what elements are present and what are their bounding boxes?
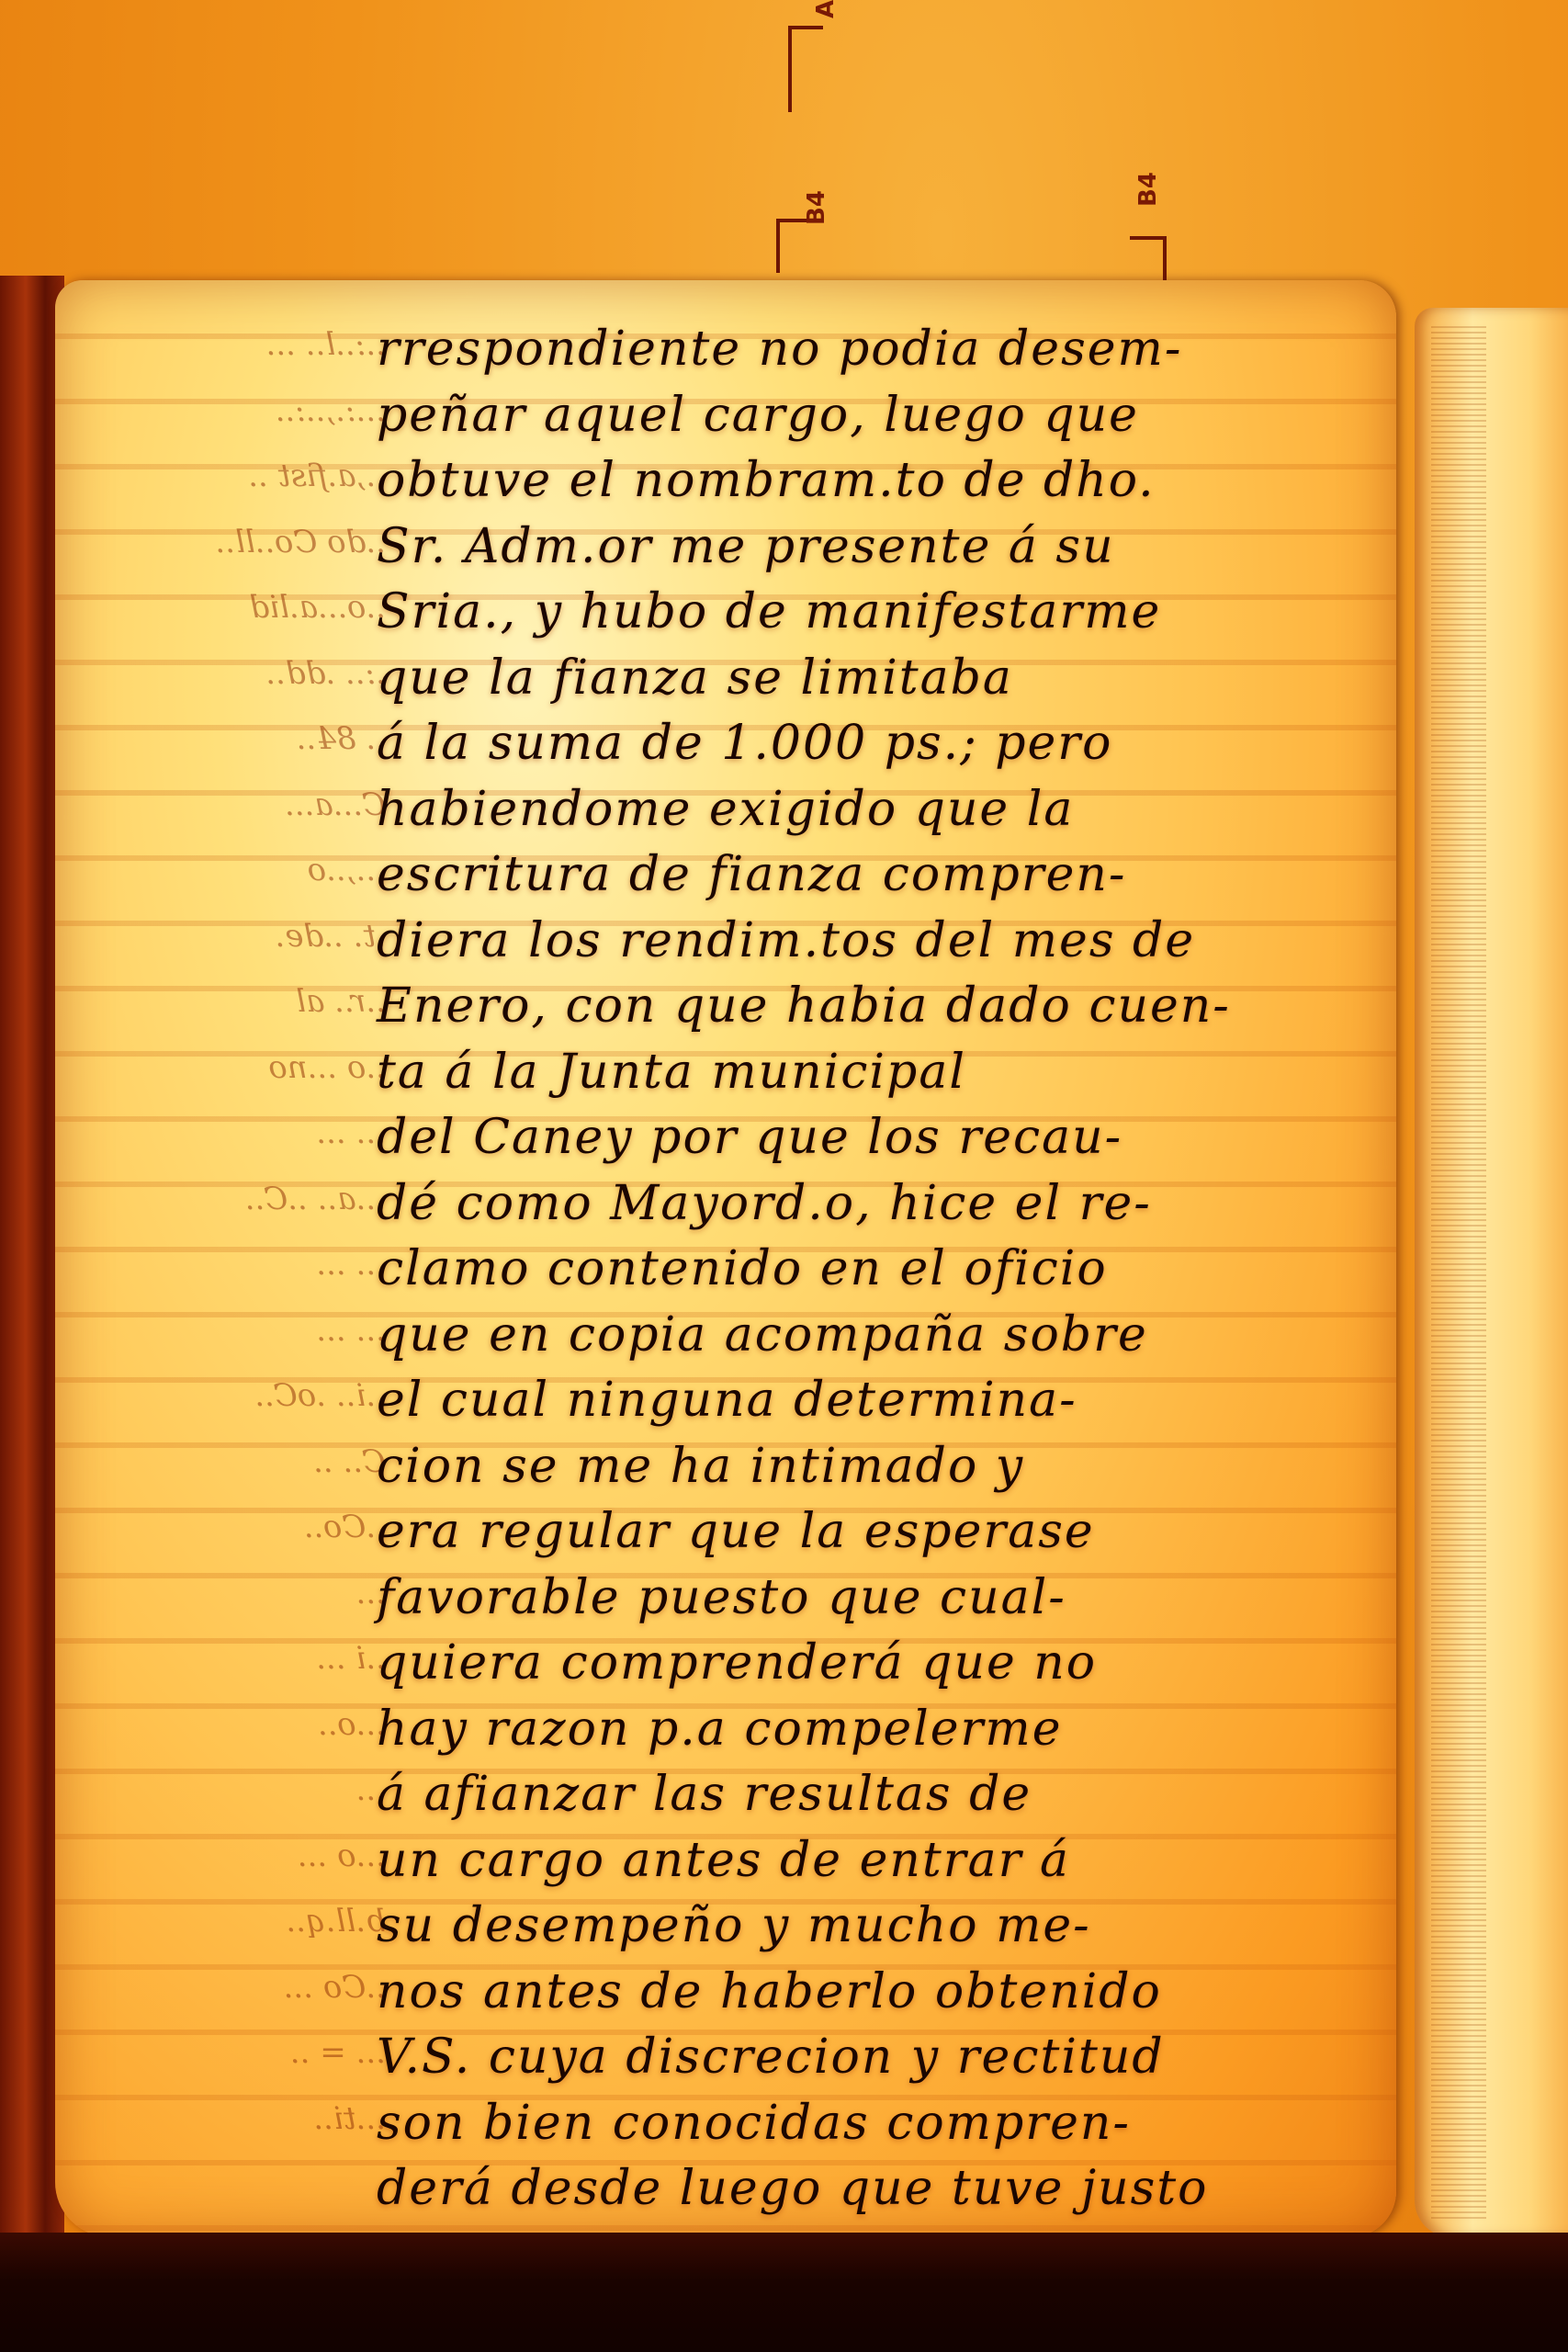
page-edge-stack bbox=[1431, 326, 1486, 2219]
manuscript-text: rrespondiente no podia desem- peñar aque… bbox=[377, 317, 1369, 2222]
text-line: favorable puesto que cual- bbox=[377, 1566, 1369, 1632]
bleed-line: ..i ... bbox=[83, 1626, 386, 1692]
marker-b4-left: B4 bbox=[803, 190, 830, 225]
facing-page-bleed-text bbox=[1488, 349, 1568, 2187]
text-line: clamo contenido en el oficio bbox=[377, 1237, 1369, 1303]
text-line: rrespondiente no podia desem- bbox=[377, 317, 1369, 383]
bleed-line: ... bbox=[83, 1758, 386, 1824]
bleed-line: ..,a.fist .. bbox=[83, 444, 386, 510]
text-line: un cargo antes de entrar á bbox=[377, 1828, 1369, 1894]
text-line: habiendome exigido que la bbox=[377, 777, 1369, 843]
text-line: á la suma de 1.000 ps.; pero bbox=[377, 711, 1369, 777]
text-line: á afianzar las resultas de bbox=[377, 1762, 1369, 1828]
bleed-line: ..:..l.. ... bbox=[83, 312, 386, 379]
text-line: del Caney por que los recau- bbox=[377, 1105, 1369, 1171]
bleed-line: .t. ..de. bbox=[83, 904, 386, 970]
text-line: nos antes de haberlo obtenido bbox=[377, 1960, 1369, 2026]
text-line: el cual ninguna determina- bbox=[377, 1368, 1369, 1434]
bleed-line: ..o...a.lid bbox=[83, 575, 386, 641]
bleed-line: ...:.,..:.. bbox=[83, 379, 386, 445]
text-line: V.S. cuya discrecion y rectitud bbox=[377, 2025, 1369, 2091]
text-line: son bien conocidas compren- bbox=[377, 2091, 1369, 2157]
text-line: que en copia acompaña sobre bbox=[377, 1303, 1369, 1369]
bleed-line: ... ... bbox=[83, 1298, 386, 1364]
bleed-line: ... bbox=[83, 1561, 386, 1627]
text-line: quiera comprenderá que no bbox=[377, 1631, 1369, 1697]
text-line: peñar aquel cargo, luego que bbox=[377, 383, 1369, 449]
bleed-line: ..i.. .oC.. bbox=[83, 1363, 386, 1430]
bleed-line: b.ll.q.. bbox=[83, 1889, 386, 1955]
bleed-line: C.. .. bbox=[83, 1430, 386, 1496]
bleed-line: ...o ... bbox=[83, 1824, 386, 1890]
crop-bracket-left-b4 bbox=[776, 219, 815, 273]
text-line: Enero, con que habia dado cuen- bbox=[377, 974, 1369, 1040]
bleed-line: .:.. .dd.. bbox=[83, 641, 386, 707]
bleed-line: .. 84.. bbox=[83, 707, 386, 773]
text-line: Sria., y hubo de manifestarme bbox=[377, 580, 1369, 646]
text-line: que la fianza se limitaba bbox=[377, 646, 1369, 712]
bleed-line: C...a... bbox=[83, 773, 386, 839]
bleed-line: ..do Co..ll.. bbox=[83, 510, 386, 576]
bleed-line: ...,..o bbox=[83, 838, 386, 904]
crop-bracket-top bbox=[788, 26, 823, 112]
text-line: diera los rendim.tos del mes de bbox=[377, 909, 1369, 975]
text-line: era regular que la esperase bbox=[377, 1499, 1369, 1566]
text-line: derá desde luego que tuve justo bbox=[377, 2156, 1369, 2222]
text-line: dé como Mayord.o, hice el re- bbox=[377, 1171, 1369, 1238]
marker-b4-right: B4 bbox=[1134, 172, 1162, 207]
bleed-line: ... ... bbox=[83, 1232, 386, 1298]
text-line: Sr. Adm.or me presente á su bbox=[377, 514, 1369, 581]
bleed-line: ...a.. ..C.. bbox=[83, 1167, 386, 1233]
text-line: cion se me ha intimado y bbox=[377, 1434, 1369, 1500]
left-margin-bleedthrough: ..:..l.. ... ...:.,..:.. ..,a.fist .. ..… bbox=[83, 312, 386, 2205]
bleed-line: ..o ...no bbox=[83, 1035, 386, 1102]
text-line: ta á la Junta municipal bbox=[377, 1040, 1369, 1106]
text-line: su desempeño y mucho me- bbox=[377, 1894, 1369, 1960]
bleed-line: ..Co.. bbox=[83, 1495, 386, 1561]
text-line: escritura de fianza compren- bbox=[377, 842, 1369, 909]
bleed-line: ..r.. al bbox=[83, 969, 386, 1035]
bleed-line: ...o.. bbox=[83, 1692, 386, 1758]
text-line: hay razon p.a compelerme bbox=[377, 1697, 1369, 1763]
marker-letter-a: A bbox=[812, 0, 840, 18]
bleed-line: ... ... bbox=[83, 1101, 386, 1167]
bleed-line: ... = .. bbox=[83, 2020, 386, 2086]
book-bottom-shadow bbox=[0, 2233, 1568, 2352]
bleed-line: ...ti.. bbox=[83, 2086, 386, 2153]
bleed-line: ..Co ... bbox=[83, 1955, 386, 2021]
text-line: obtuve el nombram.to de dho. bbox=[377, 448, 1369, 514]
